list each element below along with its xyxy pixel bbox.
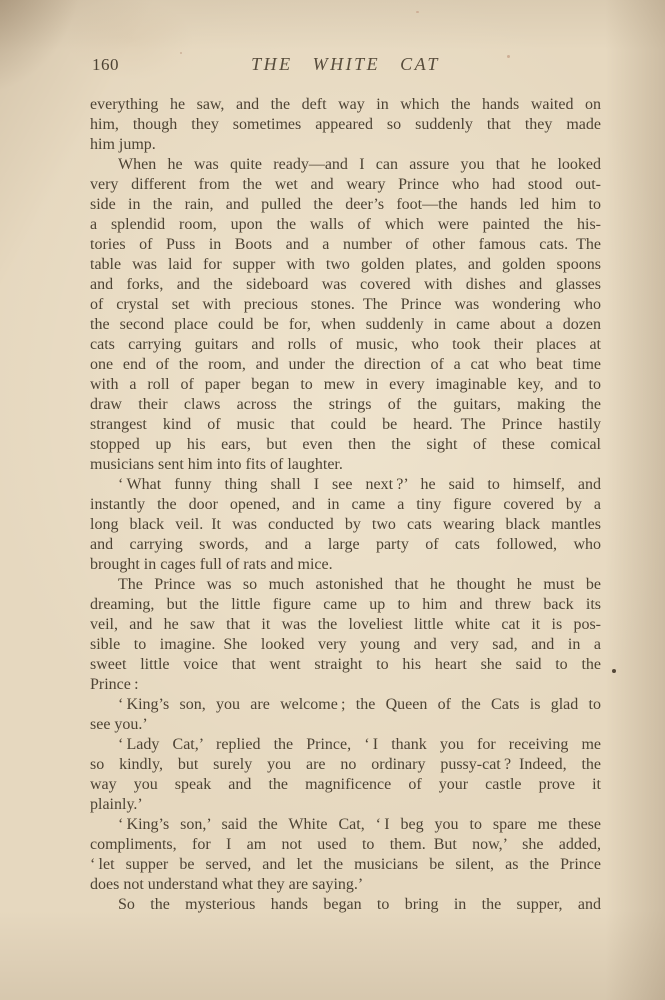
text-line: The Prince was so much astonished that h…	[90, 575, 601, 595]
text-line: So the mysterious hands began to bring i…	[90, 895, 601, 915]
text-line: instantly the door opened, and in came a…	[90, 495, 601, 515]
text-line: When he was quite ready—and I can assure…	[90, 155, 601, 175]
text-line: musicians sent him into fits of laughter…	[90, 455, 601, 475]
text-line: ‘ What funny thing shall I see next ?’ h…	[90, 475, 601, 495]
paper-speck	[416, 11, 419, 13]
text-line: draw their claws across the strings of t…	[90, 395, 601, 415]
ink-speck	[612, 669, 616, 673]
text-line: and forks, and the sideboard was covered…	[90, 275, 601, 295]
paper-speck	[507, 55, 510, 58]
text-line: him, though they sometimes appeared so s…	[90, 115, 601, 135]
page-header: 160 THE WHITE CAT	[90, 54, 601, 78]
text-line: dreaming, but the little figure came up …	[90, 595, 601, 615]
text-line: veil, and he saw that it was the lovelie…	[90, 615, 601, 635]
book-page: 160 THE WHITE CAT everything he saw, and…	[0, 0, 665, 1000]
text-line: him jump.	[90, 135, 601, 155]
text-line: so kindly, but surely you are no ordinar…	[90, 755, 601, 775]
text-line: sweet little voice that went straight to…	[90, 655, 601, 675]
text-line: a splendid room, upon the walls of which…	[90, 215, 601, 235]
text-line: tories of Puss in Boots and a number of …	[90, 235, 601, 255]
text-line: strangest kind of music that could be he…	[90, 415, 601, 435]
text-block: everything he saw, and the deft way in w…	[90, 95, 601, 915]
text-line: ‘ Lady Cat,’ replied the Prince, ‘ I tha…	[90, 735, 601, 755]
text-line: does not understand what they are saying…	[90, 875, 601, 895]
text-line: of crystal set with precious stones. The…	[90, 295, 601, 315]
text-line: brought in cages full of rats and mice.	[90, 555, 601, 575]
text-line: ‘ let supper be served, and let the musi…	[90, 855, 601, 875]
text-line: ‘ King’s son, you are welcome ; the Quee…	[90, 695, 601, 715]
text-line: one end of the room, and under the direc…	[90, 355, 601, 375]
text-line: stopped up his ears, but even then the s…	[90, 435, 601, 455]
text-line: Prince :	[90, 675, 601, 695]
text-line: long black veil. It was conducted by two…	[90, 515, 601, 535]
text-line: very different from the wet and weary Pr…	[90, 175, 601, 195]
text-line: sible to imagine. She looked very young …	[90, 635, 601, 655]
text-line: cats carrying guitars and rolls of music…	[90, 335, 601, 355]
text-line: table was laid for supper with two golde…	[90, 255, 601, 275]
text-line: with a roll of paper began to mew in eve…	[90, 375, 601, 395]
text-line: the second place could be for, when sudd…	[90, 315, 601, 335]
text-line: ‘ King’s son,’ said the White Cat, ‘ I b…	[90, 815, 601, 835]
text-line: and carrying swords, and a large party o…	[90, 535, 601, 555]
text-line: way you speak and the magnificence of yo…	[90, 775, 601, 795]
text-line: side in the rain, and pulled the deer’s …	[90, 195, 601, 215]
text-line: compliments, for I am not used to them. …	[90, 835, 601, 855]
paper-speck	[180, 52, 182, 54]
text-line: see you.’	[90, 715, 601, 735]
running-title: THE WHITE CAT	[90, 54, 601, 75]
text-line: plainly.’	[90, 795, 601, 815]
text-line: everything he saw, and the deft way in w…	[90, 95, 601, 115]
